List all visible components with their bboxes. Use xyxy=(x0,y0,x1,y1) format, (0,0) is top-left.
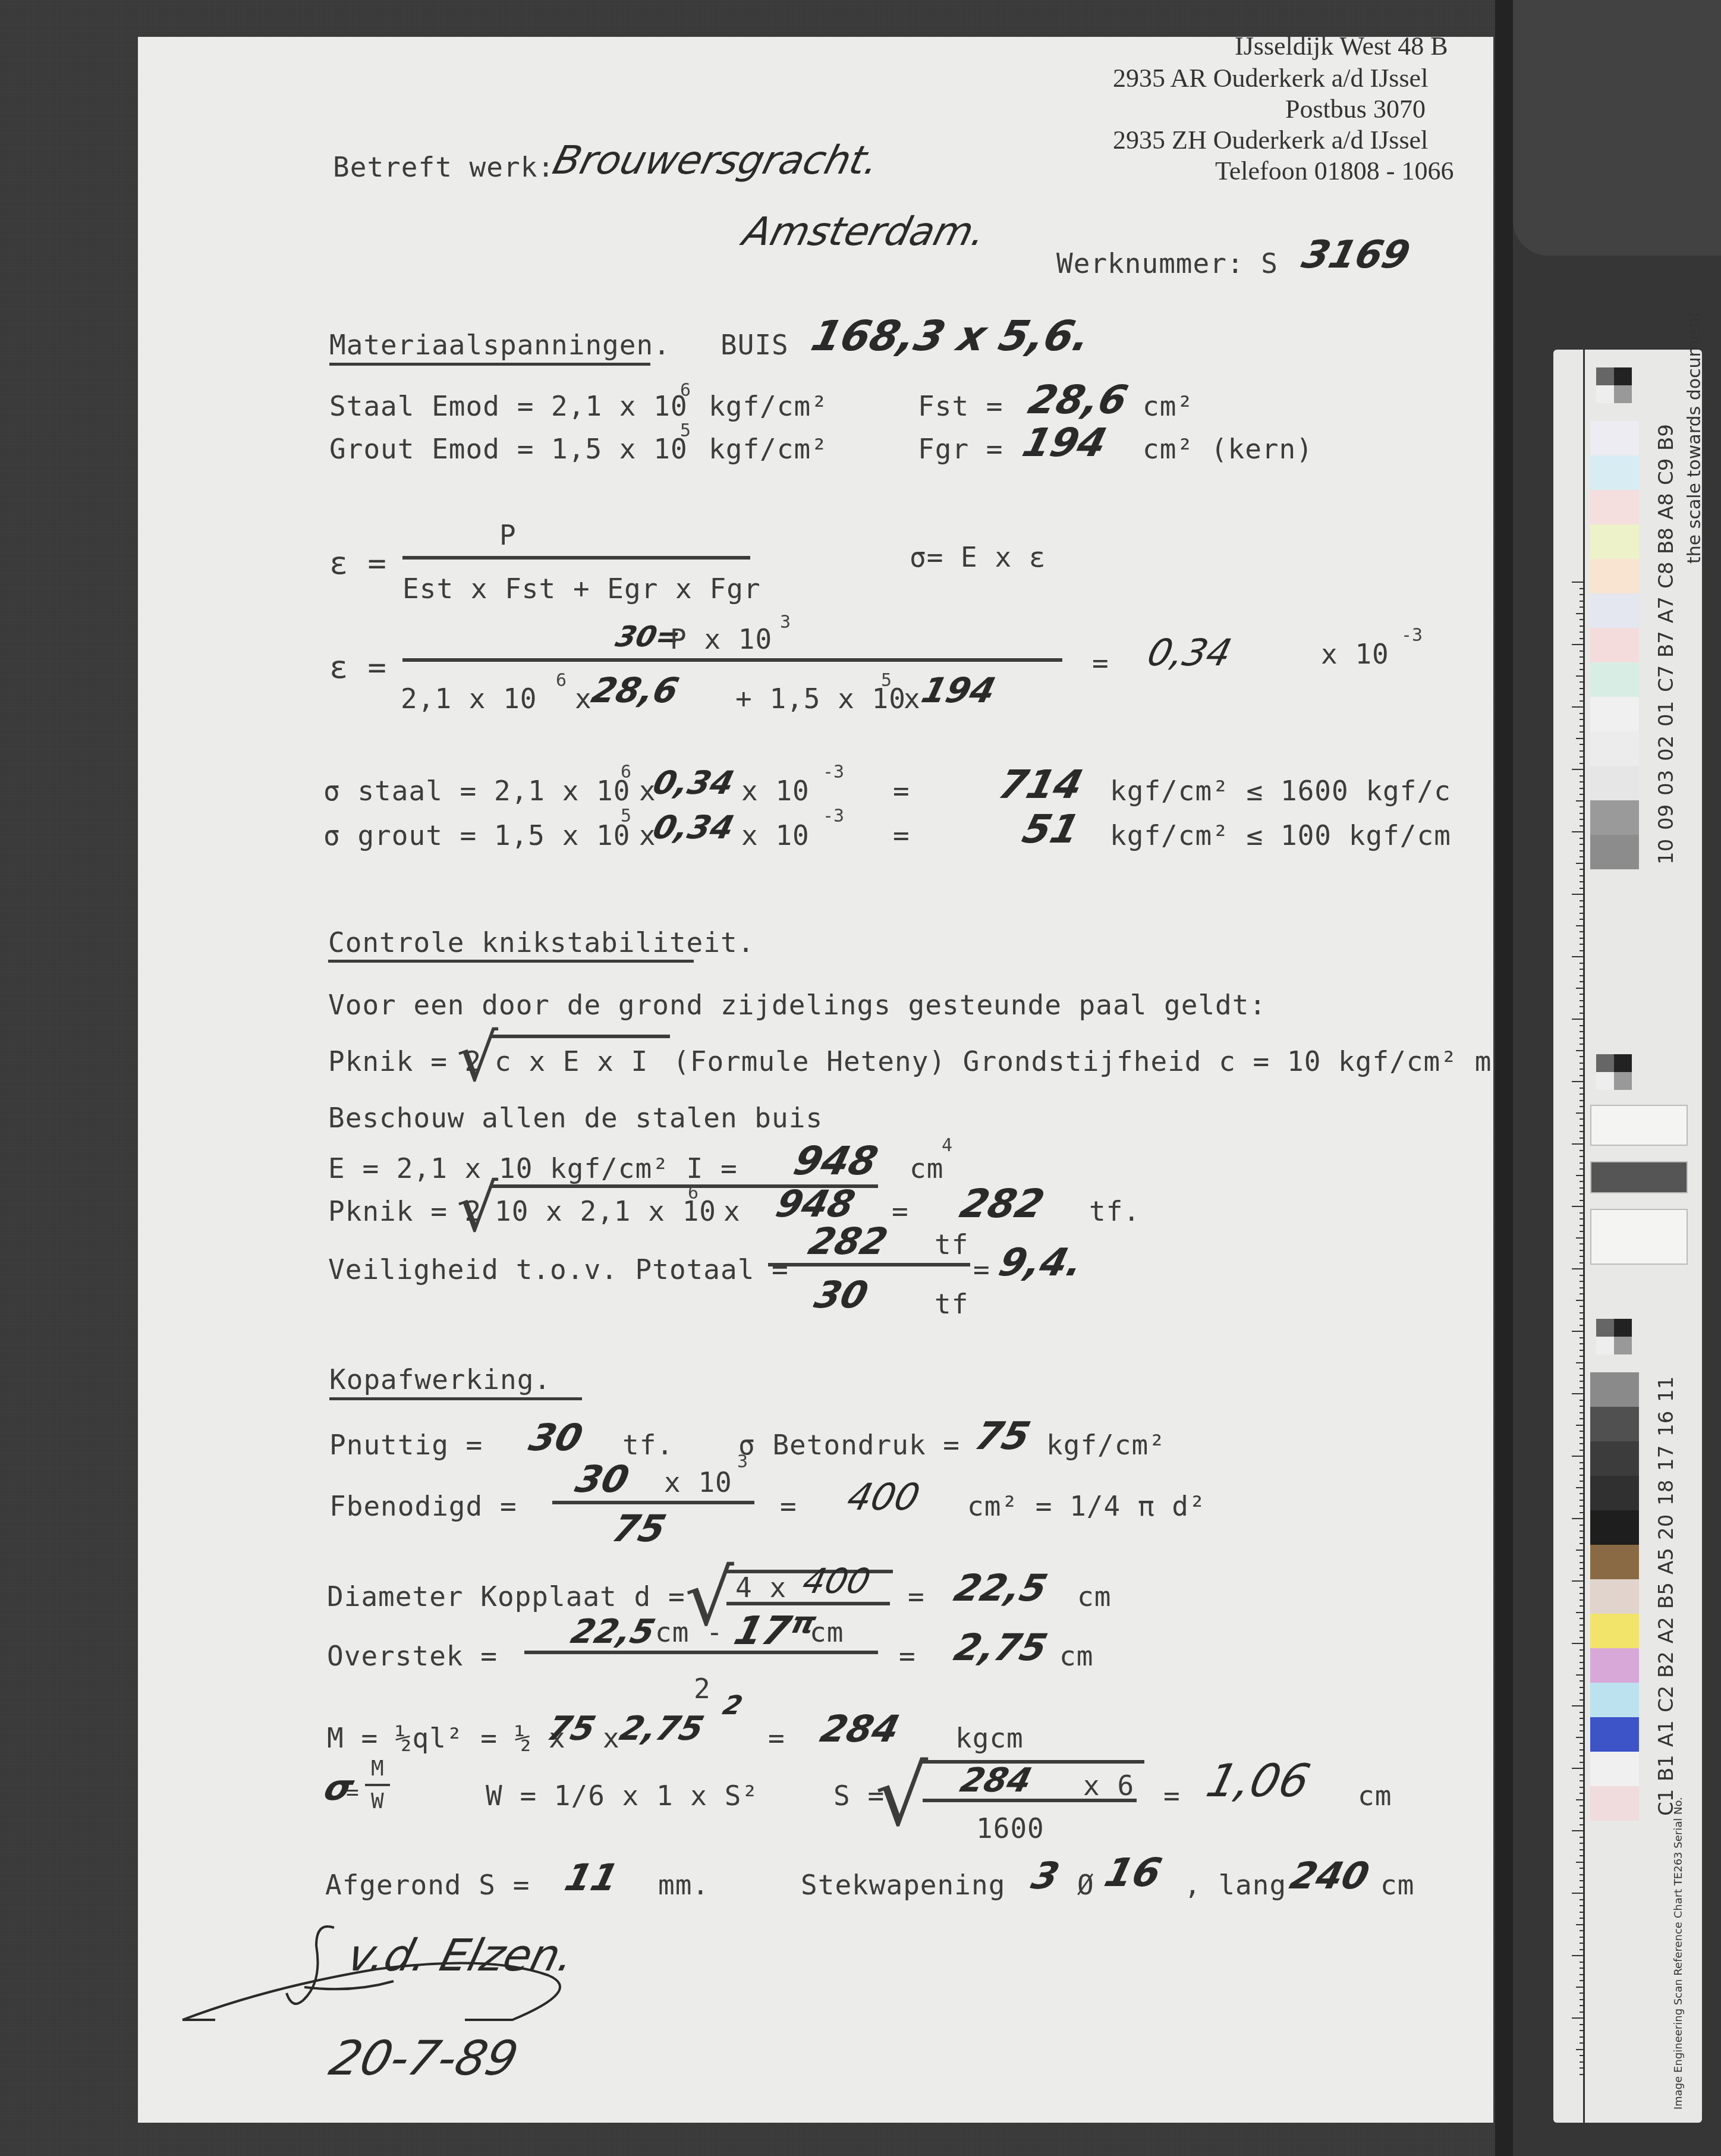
fben-numerator: x 10 xyxy=(664,1469,732,1496)
gray-bar-card xyxy=(1590,1161,1688,1193)
buckling-formula-root: c x E x I xyxy=(495,1048,648,1075)
folder-flap xyxy=(1513,0,1721,256)
epsilon-denominator: Est x Fst + Egr x Fgr xyxy=(402,575,761,602)
project-label: Betreft werk: xyxy=(333,153,555,181)
color-patch xyxy=(1590,697,1639,731)
fben-numerator-hand: 30 xyxy=(572,1461,633,1498)
s-root-den: 1600 xyxy=(976,1815,1044,1842)
color-patch-label: 10 xyxy=(1654,839,1678,865)
diameter-unit: cm xyxy=(1077,1583,1111,1610)
color-patch xyxy=(1590,1648,1639,1683)
epsilon2-den-fst: 28,6 xyxy=(589,673,682,708)
section-heading-material: Materiaalspanningen. xyxy=(329,331,671,359)
beton-value: 75 xyxy=(971,1418,1034,1456)
section-heading-buckling: Controle knikstabiliteit. xyxy=(328,929,754,956)
sigma-grout-equals: = xyxy=(893,822,910,849)
color-patch-label: C2 xyxy=(1654,1686,1678,1712)
fben-numerator-exp: 3 xyxy=(737,1453,748,1471)
s-root-m: 284 xyxy=(957,1764,1035,1797)
epsilon2-den-c-exp: 5 xyxy=(881,672,892,690)
ruler xyxy=(1565,350,1585,2123)
color-patch xyxy=(1590,1579,1639,1614)
rebar-label: Stekwapening xyxy=(801,1871,1005,1899)
fben-equals: = xyxy=(780,1492,797,1520)
color-patch xyxy=(1590,1717,1639,1752)
overstek-unit: cm xyxy=(1059,1642,1093,1670)
moment-value: 284 xyxy=(817,1711,903,1748)
sigma-mw-equals: = xyxy=(346,1782,360,1803)
color-patch xyxy=(1590,593,1639,628)
color-patch-label: B7 xyxy=(1654,631,1678,658)
letterhead-line: 2935 AR Ouderkerk a/d IJssel xyxy=(1113,65,1428,92)
color-patch xyxy=(1590,1407,1639,1441)
grout-emod-exp: 5 xyxy=(680,422,691,440)
fben-label: Fbenodigd = xyxy=(329,1492,517,1520)
pnuttig-value: 30 xyxy=(526,1419,586,1456)
project-name: Brouwersgracht. xyxy=(549,141,883,180)
resolution-card xyxy=(1590,1105,1688,1146)
color-patch-label: A5 xyxy=(1654,1548,1678,1574)
signature-name: v.d. Elzen. xyxy=(344,1934,579,1978)
color-patch xyxy=(1590,421,1639,455)
rebar-length: 240 xyxy=(1286,1858,1373,1894)
rounded-label: Afgerond S = xyxy=(325,1871,530,1899)
letterhead-line: Postbus 3070 xyxy=(1285,96,1426,122)
safety-label: Veiligheid t.o.v. Ptotaal = xyxy=(328,1256,789,1283)
rounded-unit: mm. xyxy=(658,1871,709,1899)
work-number: 3169 xyxy=(1298,236,1414,274)
epsilon2-den-a: 2,1 x 10 xyxy=(401,685,537,712)
grout-emod: Grout Emod = 1,5 x 10 xyxy=(329,435,688,463)
signature-date: 20-7-89 xyxy=(325,2035,523,2082)
fben-denominator: 75 xyxy=(609,1510,669,1547)
s-root-x: x 6 xyxy=(1083,1772,1134,1799)
sigma-grout-limit: kgf/cm² ≤ 100 kgf/cm xyxy=(1110,822,1451,849)
gray-patch xyxy=(1596,1054,1632,1090)
color-patch-label: 02 xyxy=(1654,736,1678,761)
sigma-grout-mult-exp: -3 xyxy=(823,807,844,825)
color-patch xyxy=(1590,1786,1639,1821)
folder-spine xyxy=(1495,0,1513,2156)
epsilon2-result-mult: x 10 xyxy=(1321,640,1389,668)
consider-steel-pipe: Beschouw allen de stalen buis xyxy=(328,1104,823,1132)
overstek-num-a: 22,5 xyxy=(568,1616,658,1649)
rebar-length-unit: cm xyxy=(1380,1871,1414,1899)
diameter-equals: = xyxy=(908,1583,925,1610)
color-patch xyxy=(1590,628,1639,662)
sqrt-bar xyxy=(492,1035,670,1038)
overstek-value: 2,75 xyxy=(951,1629,1050,1666)
fraction-bar xyxy=(402,556,750,560)
color-patch xyxy=(1590,1476,1639,1510)
color-patch xyxy=(1590,490,1639,524)
epsilon-label: ε = xyxy=(329,652,387,683)
sigma-grout-value: 51 xyxy=(1019,810,1083,849)
overstek-denominator: 2 xyxy=(694,1675,711,1702)
sigma-grout-label: σ grout = 1,5 x 10 xyxy=(323,822,631,849)
heading-underline xyxy=(329,363,650,366)
overstek-label: Overstek = xyxy=(327,1642,498,1670)
color-patch-label: 18 xyxy=(1654,1480,1678,1506)
fben-unit: cm² = 1/4 π d² xyxy=(967,1492,1206,1520)
resolution-card xyxy=(1590,1209,1688,1265)
color-patch-label: B1 xyxy=(1654,1755,1678,1781)
color-reference-chart: the scale towards document B9C9A8B8C8A7B… xyxy=(1553,350,1702,2123)
letterhead-line: 2935 ZH Ouderkerk a/d IJssel xyxy=(1113,127,1428,153)
color-patch xyxy=(1590,1441,1639,1476)
beton-unit: kgf/cm² xyxy=(1046,1431,1166,1459)
pknik-unit: tf. xyxy=(1089,1198,1140,1225)
color-patch-label: B2 xyxy=(1654,1651,1678,1678)
work-number-label: Werknummer: S xyxy=(1056,250,1278,277)
color-patch xyxy=(1590,835,1639,869)
heading-underline xyxy=(328,960,694,963)
pipe-size: 168,3 x 5,6. xyxy=(807,315,1094,357)
buckling-formula-b: (Formule Heteny) Grondstijfheid c = 10 k… xyxy=(673,1048,1492,1075)
epsilon-numerator: P xyxy=(499,521,517,549)
color-patch-label: A2 xyxy=(1654,1617,1678,1643)
color-patch xyxy=(1590,766,1639,800)
i-value: 948 xyxy=(790,1142,882,1181)
diameter-root-a: 4 x xyxy=(735,1574,786,1601)
color-patch-label: 17 xyxy=(1654,1445,1678,1471)
color-patch xyxy=(1590,662,1639,697)
color-patch-label: B8 xyxy=(1654,527,1678,554)
moment-label: M = ½ql² = ½ x xyxy=(327,1724,566,1752)
color-patch-label: C7 xyxy=(1654,665,1678,692)
epsilon2-den-fgr: 194 xyxy=(918,673,999,708)
safety-value: 9,4. xyxy=(995,1244,1087,1282)
diameter-label: Diameter Kopplaat d = xyxy=(327,1583,685,1610)
color-patch-label: C8 xyxy=(1654,562,1678,589)
color-patch-label: B9 xyxy=(1654,424,1678,451)
s-unit: cm xyxy=(1358,1782,1392,1809)
sigma-steel-limit: kgf/cm² ≤ 1600 kgf/c xyxy=(1110,777,1451,804)
epsilon2-equals: = xyxy=(1092,649,1109,677)
sigma-grout-exp: 5 xyxy=(621,807,631,825)
chart-footer-text: Image Engineering Scan Reference Chart T… xyxy=(1672,1797,1685,2110)
moment-q: 75 xyxy=(544,1712,599,1746)
sigma-steel-eps: 0,34 xyxy=(650,767,737,799)
color-patch xyxy=(1590,1545,1639,1579)
sigma-steel-label: σ staal = 2,1 x 10 xyxy=(323,777,631,804)
color-patch xyxy=(1590,559,1639,593)
pknik-root-x: x xyxy=(723,1198,741,1225)
epsilon2-numerator-exp: 3 xyxy=(780,614,791,631)
color-patch-label: A1 xyxy=(1654,1720,1678,1747)
fraction-bar xyxy=(524,1651,878,1654)
safety-denominator: 30 xyxy=(811,1277,871,1313)
sigma-mw-num: M xyxy=(371,1758,385,1780)
fst-unit: cm² xyxy=(1143,392,1194,420)
pnuttig-label: Pnuttig = xyxy=(329,1431,483,1459)
pipe-label: BUIS xyxy=(721,331,789,359)
pnuttig-unit: tf. xyxy=(622,1431,674,1459)
sigma-steel-mult: x 10 xyxy=(741,777,810,804)
color-patch xyxy=(1590,455,1639,490)
overstek-num-b: cm - xyxy=(655,1618,723,1646)
color-patch-label: C9 xyxy=(1654,458,1678,485)
i-unit: cm xyxy=(910,1155,943,1182)
w-formula: W = 1/6 x 1 x S² xyxy=(486,1782,759,1809)
steel-unit: kgf/cm² xyxy=(709,392,828,420)
scale-note: the scale towards document xyxy=(1684,310,1705,564)
fst-label: Fst = xyxy=(918,392,1003,420)
safety-numerator: 282 xyxy=(805,1223,891,1260)
gray-patch xyxy=(1596,367,1632,403)
color-patch-label: 01 xyxy=(1654,701,1678,727)
pknik-root-i: 948 xyxy=(772,1186,858,1222)
rebar-length-label: , lang xyxy=(1184,1871,1286,1899)
fraction-bar xyxy=(552,1501,754,1504)
letterhead-line: IJsseldijk West 48 B xyxy=(1235,33,1448,59)
s-value: 1,06 xyxy=(1203,1758,1314,1803)
color-patch-label: 09 xyxy=(1654,804,1678,830)
overstek-equals: = xyxy=(899,1642,916,1670)
sigma-grout-eps: 0,34 xyxy=(650,812,737,844)
buckling-intro: Voor een door de grond zijdelings gesteu… xyxy=(328,991,1266,1019)
steel-emod: Staal Emod = 2,1 x 10 xyxy=(329,392,688,420)
color-patch xyxy=(1590,731,1639,766)
letterhead-line: Telefoon 01808 - 1066 xyxy=(1215,158,1453,184)
sqrt-icon: √ xyxy=(875,1755,928,1838)
document-page: IJsseldijk West 48 B 2935 AR Ouderkerk a… xyxy=(138,37,1493,2123)
e-line: E = 2,1 x 10 kgf/cm² I = xyxy=(328,1155,738,1182)
overstek-num-d: cm xyxy=(810,1618,844,1646)
fgr-label: Fgr = xyxy=(918,435,1003,463)
moment-unit: kgcm xyxy=(955,1724,1024,1752)
color-patch xyxy=(1590,1683,1639,1717)
sigma-grout-mult: x 10 xyxy=(741,822,810,849)
color-patch-label: 20 xyxy=(1654,1514,1678,1540)
color-patch-label: 11 xyxy=(1654,1376,1678,1402)
project-city: Amsterdam. xyxy=(740,212,990,252)
epsilon2-result: 0,34 xyxy=(1144,634,1235,671)
pknik-root: 10 x 2,1 x 10 xyxy=(495,1198,716,1225)
sigma-steel-equals: = xyxy=(893,777,910,804)
safety-equals: = xyxy=(973,1256,990,1283)
fgr-unit: cm² (kern) xyxy=(1143,435,1313,463)
rebar-diameter: 16 xyxy=(1101,1853,1165,1893)
i-unit-exp: 4 xyxy=(942,1137,952,1155)
sigma-steel-exp: 6 xyxy=(621,763,631,781)
grout-unit: kgf/cm² xyxy=(709,435,828,463)
color-patch xyxy=(1590,524,1639,559)
color-patch xyxy=(1590,1510,1639,1545)
steel-emod-exp: 6 xyxy=(680,382,691,400)
color-patch xyxy=(1590,1752,1639,1786)
epsilon2-den-a-exp: 6 xyxy=(556,672,567,690)
sigma-steel-mult-exp: -3 xyxy=(823,763,844,781)
beton-label: σ Betondruk = xyxy=(738,1431,960,1459)
epsilon2-numerator: P x 10 xyxy=(670,626,772,653)
epsilon-label: ε = xyxy=(329,548,387,579)
fst-value: 28,6 xyxy=(1025,381,1131,420)
overstek-num-c: 17 xyxy=(731,1611,795,1651)
fraction-bar xyxy=(923,1799,1137,1802)
fgr-value: 194 xyxy=(1019,423,1110,463)
diameter-value: 22,5 xyxy=(951,1570,1050,1607)
moment-equals: = xyxy=(768,1724,785,1752)
pknik-root-exp: 6 xyxy=(688,1184,699,1202)
rebar-diameter-symbol: Ø xyxy=(1077,1871,1094,1899)
color-patch xyxy=(1590,1372,1639,1407)
safety-numerator-unit: tf xyxy=(935,1231,968,1258)
fraction-bar xyxy=(402,658,1062,662)
fraction-bar xyxy=(768,1263,970,1266)
color-patch-label: B5 xyxy=(1654,1582,1678,1609)
color-patch-label: A8 xyxy=(1654,493,1678,520)
rounded-value: 11 xyxy=(561,1859,622,1896)
color-patch-label: 03 xyxy=(1654,770,1678,796)
overstek-denominator-hand: 2 xyxy=(721,1693,745,1719)
color-patch-label: A7 xyxy=(1654,596,1678,623)
sigma-formula: σ= E x ε xyxy=(910,543,1046,571)
diameter-root-value: 400 xyxy=(800,1564,874,1598)
s-equals: = xyxy=(1163,1782,1181,1809)
heading-underline xyxy=(329,1397,582,1400)
color-patch-label: 16 xyxy=(1654,1411,1678,1437)
color-patch xyxy=(1590,1614,1639,1648)
section-heading-head: Kopafwerking. xyxy=(329,1366,551,1393)
sigma-mw-den: W xyxy=(371,1791,385,1812)
pknik-equals: = xyxy=(892,1198,909,1225)
epsilon2-result-exp: -3 xyxy=(1401,627,1423,645)
gray-patch xyxy=(1596,1319,1632,1354)
epsilon2-den-c: + 1,5 x 10 xyxy=(735,685,906,712)
fben-value: 400 xyxy=(844,1479,923,1516)
sigma-steel-value: 714 xyxy=(995,765,1087,804)
color-patch xyxy=(1590,800,1639,835)
safety-denominator-unit: tf xyxy=(935,1290,968,1318)
fraction-bar xyxy=(365,1784,390,1786)
rebar-count: 3 xyxy=(1028,1858,1063,1894)
pknik-value: 282 xyxy=(957,1184,1048,1224)
moment-l: 2,75 xyxy=(616,1712,707,1746)
